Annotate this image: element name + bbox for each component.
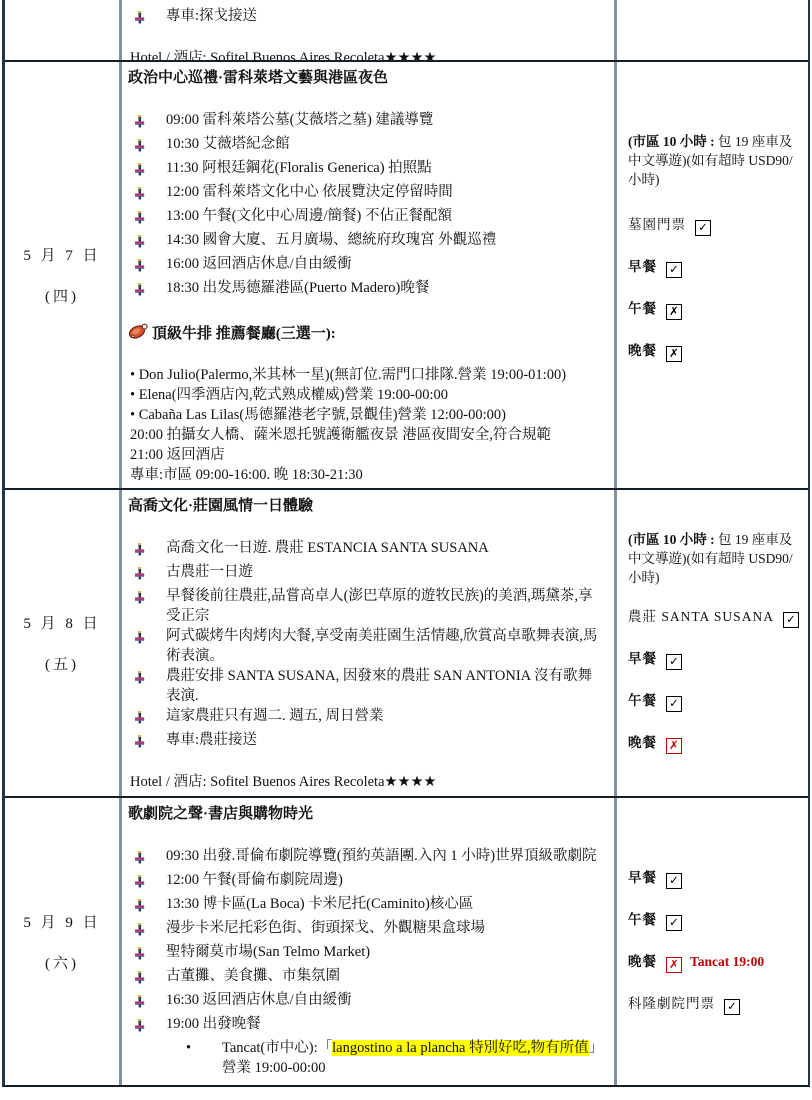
- bullet-text: 專車:農莊接送: [166, 730, 257, 750]
- restaurant-item: • Cabaña Las Lilas(馬德羅港老字號,景觀佳)營業 12:00-…: [130, 405, 604, 425]
- plane-bullet-icon: [134, 898, 145, 918]
- bullet-text: 16:00 返回酒店休息/自由緩衝: [166, 254, 352, 274]
- bullet-text: 18:30 出发馬德羅港區(Puerto Madero)晚餐: [166, 278, 429, 298]
- plane-bullet-icon: [134, 874, 145, 894]
- meal-line: 午餐✓: [628, 691, 800, 712]
- checkbox-checked-icon: ✓: [666, 915, 682, 931]
- date-label: 5 月 7 日: [23, 244, 100, 265]
- plane-bullet-icon: [134, 282, 145, 302]
- ticket-label: 農莊 SANTA SUSANA: [628, 609, 774, 624]
- tancat-hours: 營業 19:00-00:00: [222, 1060, 326, 1076]
- weekday-label: (四): [45, 285, 79, 306]
- bullet-item: 16:30 返回酒店休息/自由緩衝: [134, 990, 604, 1014]
- plane-bullet-icon: [134, 970, 145, 990]
- checkbox-checked-icon: ✓: [695, 220, 711, 236]
- bullet-item: 12:00 午餐(哥倫布劇院周邊): [134, 870, 604, 894]
- checkbox-checked-icon: ✓: [666, 654, 682, 670]
- itinerary-page: 專車:探戈接送 Hotel / 酒店: Sofitel Buenos Aires…: [0, 0, 812, 1100]
- plane-bullet-icon: [134, 234, 145, 254]
- plane-bullet-icon: [134, 710, 145, 730]
- bullet-item: 16:00 返回酒店休息/自由緩衝: [134, 254, 604, 278]
- hotel-line: Hotel / 酒店: Sofitel Buenos Aires Recolet…: [130, 48, 604, 60]
- bullet-text: 13:00 午餐(文化中心周邊/簡餐) 不佔正餐配額: [166, 206, 452, 226]
- bullet-text: 14:30 國會大廈、五月廣場、總統府玫瑰宮 外觀巡禮: [166, 230, 496, 250]
- date-cell-empty: [5, 0, 119, 60]
- bullet-text: 農莊安排 SANTA SUSANA, 因發來的農莊 SAN ANTONIA 沒有…: [166, 666, 604, 706]
- plane-bullet-icon: [134, 258, 145, 278]
- meal-label: 午餐: [628, 693, 657, 708]
- meal-line: 晚餐✗Tancat 19:00: [628, 952, 800, 973]
- vehicle-note-bold: (市區 10 小時 :: [628, 532, 715, 547]
- bullet-text: 高喬文化一日遊. 農莊 ESTANCIA SANTA SUSANA: [166, 538, 489, 558]
- checkbox-crossed-red-icon: ✗: [666, 957, 682, 973]
- bullet-text: 這家農莊只有週二. 週五, 周日營業: [166, 706, 384, 726]
- plane-bullet-icon: [134, 734, 145, 754]
- ticket-line: 農莊 SANTA SUSANA✓: [628, 607, 800, 628]
- bullet-text: 專車:探戈接送: [166, 6, 257, 26]
- date-cell: 5 月 8 日 (五): [5, 490, 119, 796]
- plane-bullet-icon: [134, 114, 145, 134]
- bullet-text: 阿式碳烤牛肉烤肉大餐,享受南美莊園生活情趣,欣賞高卓歌舞表演,馬術表演。: [166, 626, 604, 666]
- day-note-cell: 早餐✓ 午餐✓ 晚餐✗Tancat 19:00 科隆劇院門票✓: [617, 798, 808, 1085]
- day-detail-cell: 政治中心巡禮·雷科萊塔文藝與港區夜色 09:00 雷科萊塔公墓(艾薇塔之墓) 建…: [122, 62, 614, 488]
- table-row-may8: 5 月 8 日 (五) 高喬文化·莊園風情一日體驗 高喬文化一日遊. 農莊 ES…: [5, 488, 808, 796]
- weekday-label: (六): [45, 952, 79, 973]
- ticket-label: 墓園門票: [628, 217, 686, 232]
- plane-bullet-icon: [134, 922, 145, 942]
- vehicle-note-bold: (市區 10 小時 :: [628, 134, 715, 149]
- plane-bullet-icon: [134, 186, 145, 206]
- meal-label: 晚餐: [628, 735, 657, 750]
- bullet-text: 古董攤、美食攤、市集氛圍: [166, 966, 340, 986]
- plane-bullet-icon: [134, 630, 145, 650]
- plane-bullet-icon: [134, 10, 145, 30]
- table-row-top: 專車:探戈接送 Hotel / 酒店: Sofitel Buenos Aires…: [5, 0, 808, 60]
- checkbox-checked-icon: ✓: [666, 262, 682, 278]
- restaurant-item: • Don Julio(Palermo,米其林一星)(無訂位.需門口排隊.營業 …: [130, 365, 604, 385]
- hotel-line: Hotel / 酒店: Sofitel Buenos Aires Recolet…: [130, 772, 604, 792]
- weekday-label: (五): [45, 653, 79, 674]
- table-row-may9: 5 月 9 日 (六) 歌劇院之聲·書店與購物時光 09:30 出發.哥倫布劇院…: [5, 796, 808, 1085]
- meal-label: 早餐: [628, 651, 657, 666]
- evening-line: 21:00 返回酒店: [130, 445, 604, 465]
- date-cell: 5 月 9 日 (六): [5, 798, 119, 1085]
- bullet-item: 14:30 國會大廈、五月廣場、總統府玫瑰宮 外觀巡禮: [134, 230, 604, 254]
- plane-bullet-icon: [134, 162, 145, 182]
- bullet-item: 農莊安排 SANTA SUSANA, 因發來的農莊 SAN ANTONIA 沒有…: [134, 666, 604, 706]
- bullet-item: 13:30 博卡區(La Boca) 卡米尼托(Caminito)核心區: [134, 894, 604, 918]
- bullet-text: 09:00 雷科萊塔公墓(艾薇塔之墓) 建議導覽: [166, 110, 433, 130]
- plane-bullet-icon: [134, 138, 145, 158]
- bullet-item: 19:00 出發晚餐: [134, 1014, 604, 1038]
- day-detail-cell: 高喬文化·莊園風情一日體驗 高喬文化一日遊. 農莊 ESTANCIA SANTA…: [122, 490, 614, 796]
- day-note-cell: (市區 10 小時 : 包 19 座車及中文導遊)(如有超時 USD90/小時)…: [617, 490, 808, 796]
- meal-line: 晚餐✗: [628, 341, 800, 362]
- dot-bullet: •: [186, 1038, 200, 1078]
- bullet-text: 13:30 博卡區(La Boca) 卡米尼托(Caminito)核心區: [166, 894, 473, 914]
- meal-label: 晚餐: [628, 954, 657, 969]
- steak-heading: 頂級牛排 推薦餐廳(三選一):: [128, 322, 604, 345]
- plane-bullet-icon: [134, 590, 145, 610]
- meal-label: 早餐: [628, 870, 657, 885]
- section-title: 高喬文化·莊園風情一日體驗: [128, 496, 604, 516]
- meal-line: 午餐✓: [628, 910, 800, 931]
- bullet-item: 阿式碳烤牛肉烤肉大餐,享受南美莊園生活情趣,欣賞高卓歌舞表演,馬術表演。: [134, 626, 604, 666]
- meal-line: 早餐✓: [628, 649, 800, 670]
- bullet-item: 11:30 阿根廷鋼花(Floralis Generica) 拍照點: [134, 158, 604, 182]
- day-note-cell: (市區 10 小時 : 包 19 座車及中文導遊)(如有超時 USD90/小時)…: [617, 62, 808, 488]
- bullet-item: 專車:探戈接送: [134, 6, 604, 30]
- bullet-text: 聖特爾莫市場(San Telmo Market): [166, 942, 370, 962]
- checkbox-crossed-icon: ✗: [666, 304, 682, 320]
- plane-bullet-icon: [134, 946, 145, 966]
- meal-label: 午餐: [628, 301, 657, 316]
- evening-line: 20:00 拍攝女人橋、薩米恩托號護衛艦夜景 港區夜間安全,符合規範: [130, 425, 604, 445]
- vehicle-note: (市區 10 小時 : 包 19 座車及中文導遊)(如有超時 USD90/小時): [628, 530, 800, 587]
- plane-bullet-icon: [134, 670, 145, 690]
- tancat-text: Tancat(市中心):「langostino a la plancha 特別好…: [222, 1038, 603, 1078]
- restaurant-item: • Elena(四季酒店內,乾式熟成權威)營業 19:00-00:00: [130, 385, 604, 405]
- meal-label: 晚餐: [628, 343, 657, 358]
- bullet-item: 這家農莊只有週二. 週五, 周日營業: [134, 706, 604, 730]
- meal-line: 早餐✓: [628, 868, 800, 889]
- bullet-item: 古農莊一日遊: [134, 562, 604, 586]
- bullet-text: 16:30 返回酒店休息/自由緩衝: [166, 990, 352, 1010]
- ticket-label: 科隆劇院門票: [628, 996, 715, 1011]
- plane-bullet-icon: [134, 994, 145, 1014]
- bullet-text: 早餐後前往農莊,品嘗高卓人(澎巴草原的遊牧民族)的美酒,瑪黛茶,享受正宗: [166, 586, 604, 626]
- tancat-line: • Tancat(市中心):「langostino a la plancha 特…: [186, 1038, 604, 1078]
- highlight-text: langostino a la plancha 特別好吃,物有所值: [332, 1040, 589, 1056]
- bullet-text: 漫步卡米尼托彩色街、街頭探戈、外觀糖果盒球場: [166, 918, 485, 938]
- bullet-text: 11:30 阿根廷鋼花(Floralis Generica) 拍照點: [166, 158, 432, 178]
- bullet-item: 古董攤、美食攤、市集氛圍: [134, 966, 604, 990]
- bullet-item: 高喬文化一日遊. 農莊 ESTANCIA SANTA SUSANA: [134, 538, 604, 562]
- meal-label: 午餐: [628, 912, 657, 927]
- section-title: 歌劇院之聲·書店與購物時光: [128, 804, 604, 824]
- tancat-prefix: Tancat(市中心):「: [222, 1040, 332, 1056]
- bullet-item: 13:00 午餐(文化中心周邊/簡餐) 不佔正餐配額: [134, 206, 604, 230]
- date-cell: 5 月 7 日 (四): [5, 62, 119, 488]
- meal-line: 早餐✓: [628, 257, 800, 278]
- meat-icon: [128, 322, 149, 345]
- vehicle-note: (市區 10 小時 : 包 19 座車及中文導遊)(如有超時 USD90/小時): [628, 132, 800, 189]
- bullet-item: 09:30 出發.哥倫布劇院導覽(預約英語團.入內 1 小時)世界頂級歌劇院: [134, 846, 604, 870]
- bullet-item: 早餐後前往農莊,品嘗高卓人(澎巴草原的遊牧民族)的美酒,瑪黛茶,享受正宗: [134, 586, 604, 626]
- itinerary-table: 專車:探戈接送 Hotel / 酒店: Sofitel Buenos Aires…: [2, 0, 810, 1087]
- bullet-text: 12:00 午餐(哥倫布劇院周邊): [166, 870, 343, 890]
- bullet-item: 12:00 雷科萊塔文化中心 依展覽決定停留時間: [134, 182, 604, 206]
- table-row-may7: 5 月 7 日 (四) 政治中心巡禮·雷科萊塔文藝與港區夜色 09:00 雷科萊…: [5, 60, 808, 488]
- checkbox-crossed-icon: ✗: [666, 346, 682, 362]
- meal-line: 晚餐✗: [628, 733, 800, 754]
- bullet-text: 19:00 出發晚餐: [166, 1014, 261, 1034]
- checkbox-checked-icon: ✓: [783, 612, 799, 628]
- checkbox-checked-icon: ✓: [666, 873, 682, 889]
- day-detail-cell: 專車:探戈接送 Hotel / 酒店: Sofitel Buenos Aires…: [122, 0, 614, 60]
- bullet-item: 專車:農莊接送: [134, 730, 604, 754]
- bullet-item: 10:30 艾薇塔紀念館: [134, 134, 604, 158]
- bullet-text: 09:30 出發.哥倫布劇院導覽(預約英語團.入內 1 小時)世界頂級歌劇院: [166, 846, 597, 866]
- steak-heading-text: 頂級牛排 推薦餐廳(三選一):: [152, 324, 336, 344]
- note-cell-empty: [617, 0, 808, 60]
- bullet-text: 12:00 雷科萊塔文化中心 依展覽決定停留時間: [166, 182, 453, 202]
- plane-bullet-icon: [134, 566, 145, 586]
- tancat-suffix: 」: [589, 1040, 604, 1056]
- bullet-item: 聖特爾莫市場(San Telmo Market): [134, 942, 604, 966]
- dinner-reservation-note: Tancat 19:00: [690, 954, 764, 969]
- day-detail-cell: 歌劇院之聲·書店與購物時光 09:30 出發.哥倫布劇院導覽(預約英語團.入內 …: [122, 798, 614, 1085]
- date-label: 5 月 8 日: [23, 612, 100, 633]
- date-label: 5 月 9 日: [23, 911, 100, 932]
- plane-bullet-icon: [134, 210, 145, 230]
- bullet-text: 10:30 艾薇塔紀念館: [166, 134, 290, 154]
- bullet-item: 09:00 雷科萊塔公墓(艾薇塔之墓) 建議導覽: [134, 110, 604, 134]
- checkbox-checked-icon: ✓: [724, 999, 740, 1015]
- plane-bullet-icon: [134, 850, 145, 870]
- bullet-text: 古農莊一日遊: [166, 562, 253, 582]
- meal-label: 早餐: [628, 259, 657, 274]
- bullet-item: 18:30 出发馬德羅港區(Puerto Madero)晚餐: [134, 278, 604, 302]
- evening-line: 專車:市區 09:00-16:00. 晚 18:30-21:30: [130, 465, 604, 485]
- section-title: 政治中心巡禮·雷科萊塔文藝與港區夜色: [128, 68, 604, 88]
- ticket-line: 墓園門票✓: [628, 215, 800, 236]
- checkbox-checked-icon: ✓: [666, 696, 682, 712]
- meal-line: 午餐✗: [628, 299, 800, 320]
- bullet-item: 漫步卡米尼托彩色街、街頭探戈、外觀糖果盒球場: [134, 918, 604, 942]
- plane-bullet-icon: [134, 542, 145, 562]
- checkbox-crossed-red-icon: ✗: [666, 738, 682, 754]
- ticket-line: 科隆劇院門票✓: [628, 994, 800, 1015]
- plane-bullet-icon: [134, 1018, 145, 1038]
